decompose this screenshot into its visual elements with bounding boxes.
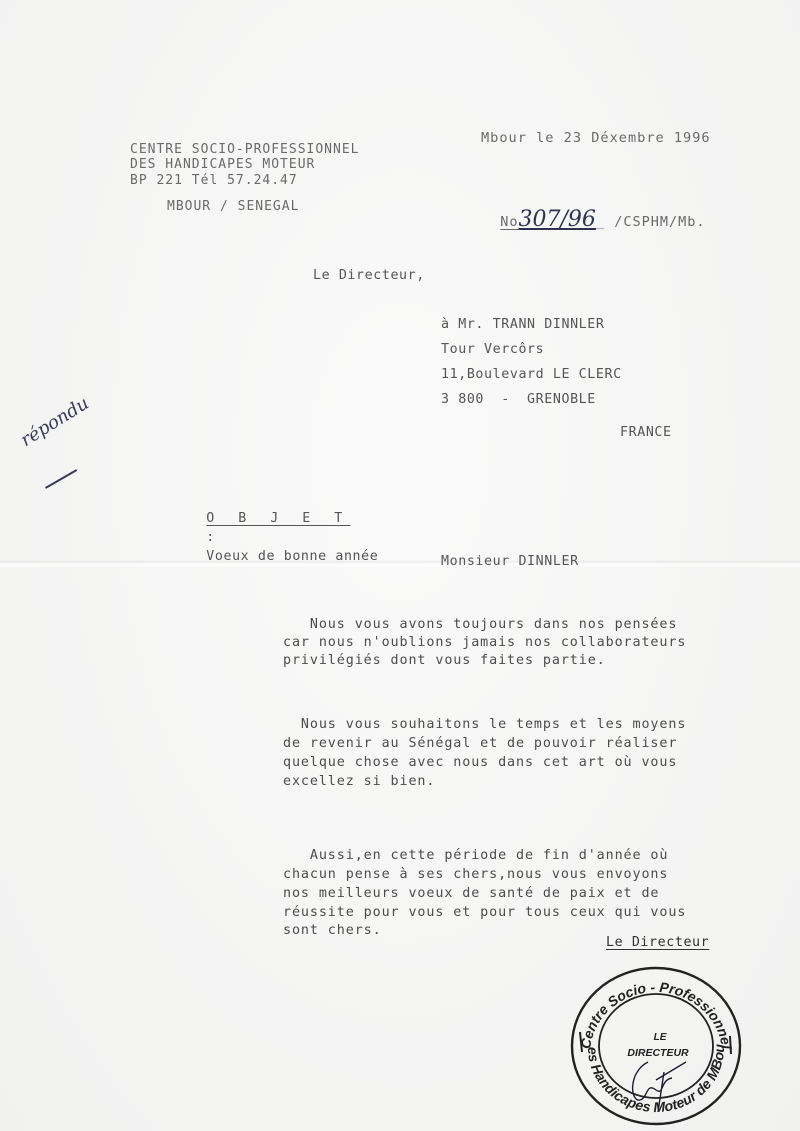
recipient-line: 11,Boulevard LE CLERC	[441, 368, 622, 382]
stamp-seal-icon: Centre Socio - Professionnel des Handica…	[568, 962, 744, 1126]
body-line: Nous vous souhaitons le temps et les moy…	[283, 715, 686, 734]
body-line: de revenir au Sénégal et de pouvoir réal…	[283, 734, 677, 753]
subject-line: O B J E T : Voeux de bonne année	[187, 488, 378, 564]
body-line: sont chers.	[283, 921, 382, 940]
body-line: quelque chose avec nous dans cet art où …	[283, 753, 677, 772]
sender-title: Le Directeur,	[313, 269, 425, 283]
subject-separator: :	[206, 530, 215, 545]
official-stamp: Centre Socio - Professionnel des Handica…	[568, 962, 744, 1126]
subject-label: O B J E T	[206, 511, 350, 526]
body-line: chacun pense à ses chers,nous vous envoy…	[283, 865, 668, 884]
body-line: car nous n'oublions jamais nos collabora…	[283, 633, 686, 652]
reference-number: No307/96_ /CSPHM/Mb.	[481, 188, 705, 232]
body-line: privilégiés dont vous faites partie.	[283, 651, 606, 670]
subject-text: Voeux de bonne année	[206, 549, 378, 564]
stamp-inner-line: LE	[654, 1032, 667, 1043]
reference-suffix: _ /CSPHM/Mb.	[596, 214, 706, 230]
reference-handwritten-number: 307/96	[519, 207, 596, 232]
letterhead-location: MBOUR / SENEGAL	[167, 199, 299, 215]
stamp-inner-line: DIRECTEUR	[627, 1047, 689, 1059]
body-line: réussite pour vous et pour tous ceux qui…	[283, 903, 686, 922]
body-line: excellez si bien.	[283, 772, 435, 791]
recipient-country: FRANCE	[620, 426, 672, 440]
recipient-line: à Mr. TRANN DINNLER	[441, 318, 605, 332]
date-line: Mbour le 23 Déxembre 1996	[481, 131, 711, 147]
recipient-line: Tour Vercôrs	[441, 343, 544, 357]
letterhead-line: BP 221 Tél 57.24.47	[130, 173, 298, 189]
reference-prefix: No	[500, 214, 518, 230]
signature-title: Le Directeur	[606, 936, 709, 950]
letterhead-line: DES HANDICAPES MOTEUR	[130, 157, 315, 173]
salutation: Monsieur DINNLER	[441, 555, 579, 569]
body-line: Nous vous avons toujours dans nos pensée…	[283, 615, 677, 634]
body-line: Aussi,en cette période de fin d'année où	[283, 846, 668, 865]
recipient-line: 3 800 - GRENOBLE	[441, 393, 596, 407]
letterhead-line: CENTRE SOCIO-PROFESSIONNEL	[130, 142, 360, 158]
body-line: nos meilleurs voeux de santé de paix et …	[283, 884, 659, 903]
